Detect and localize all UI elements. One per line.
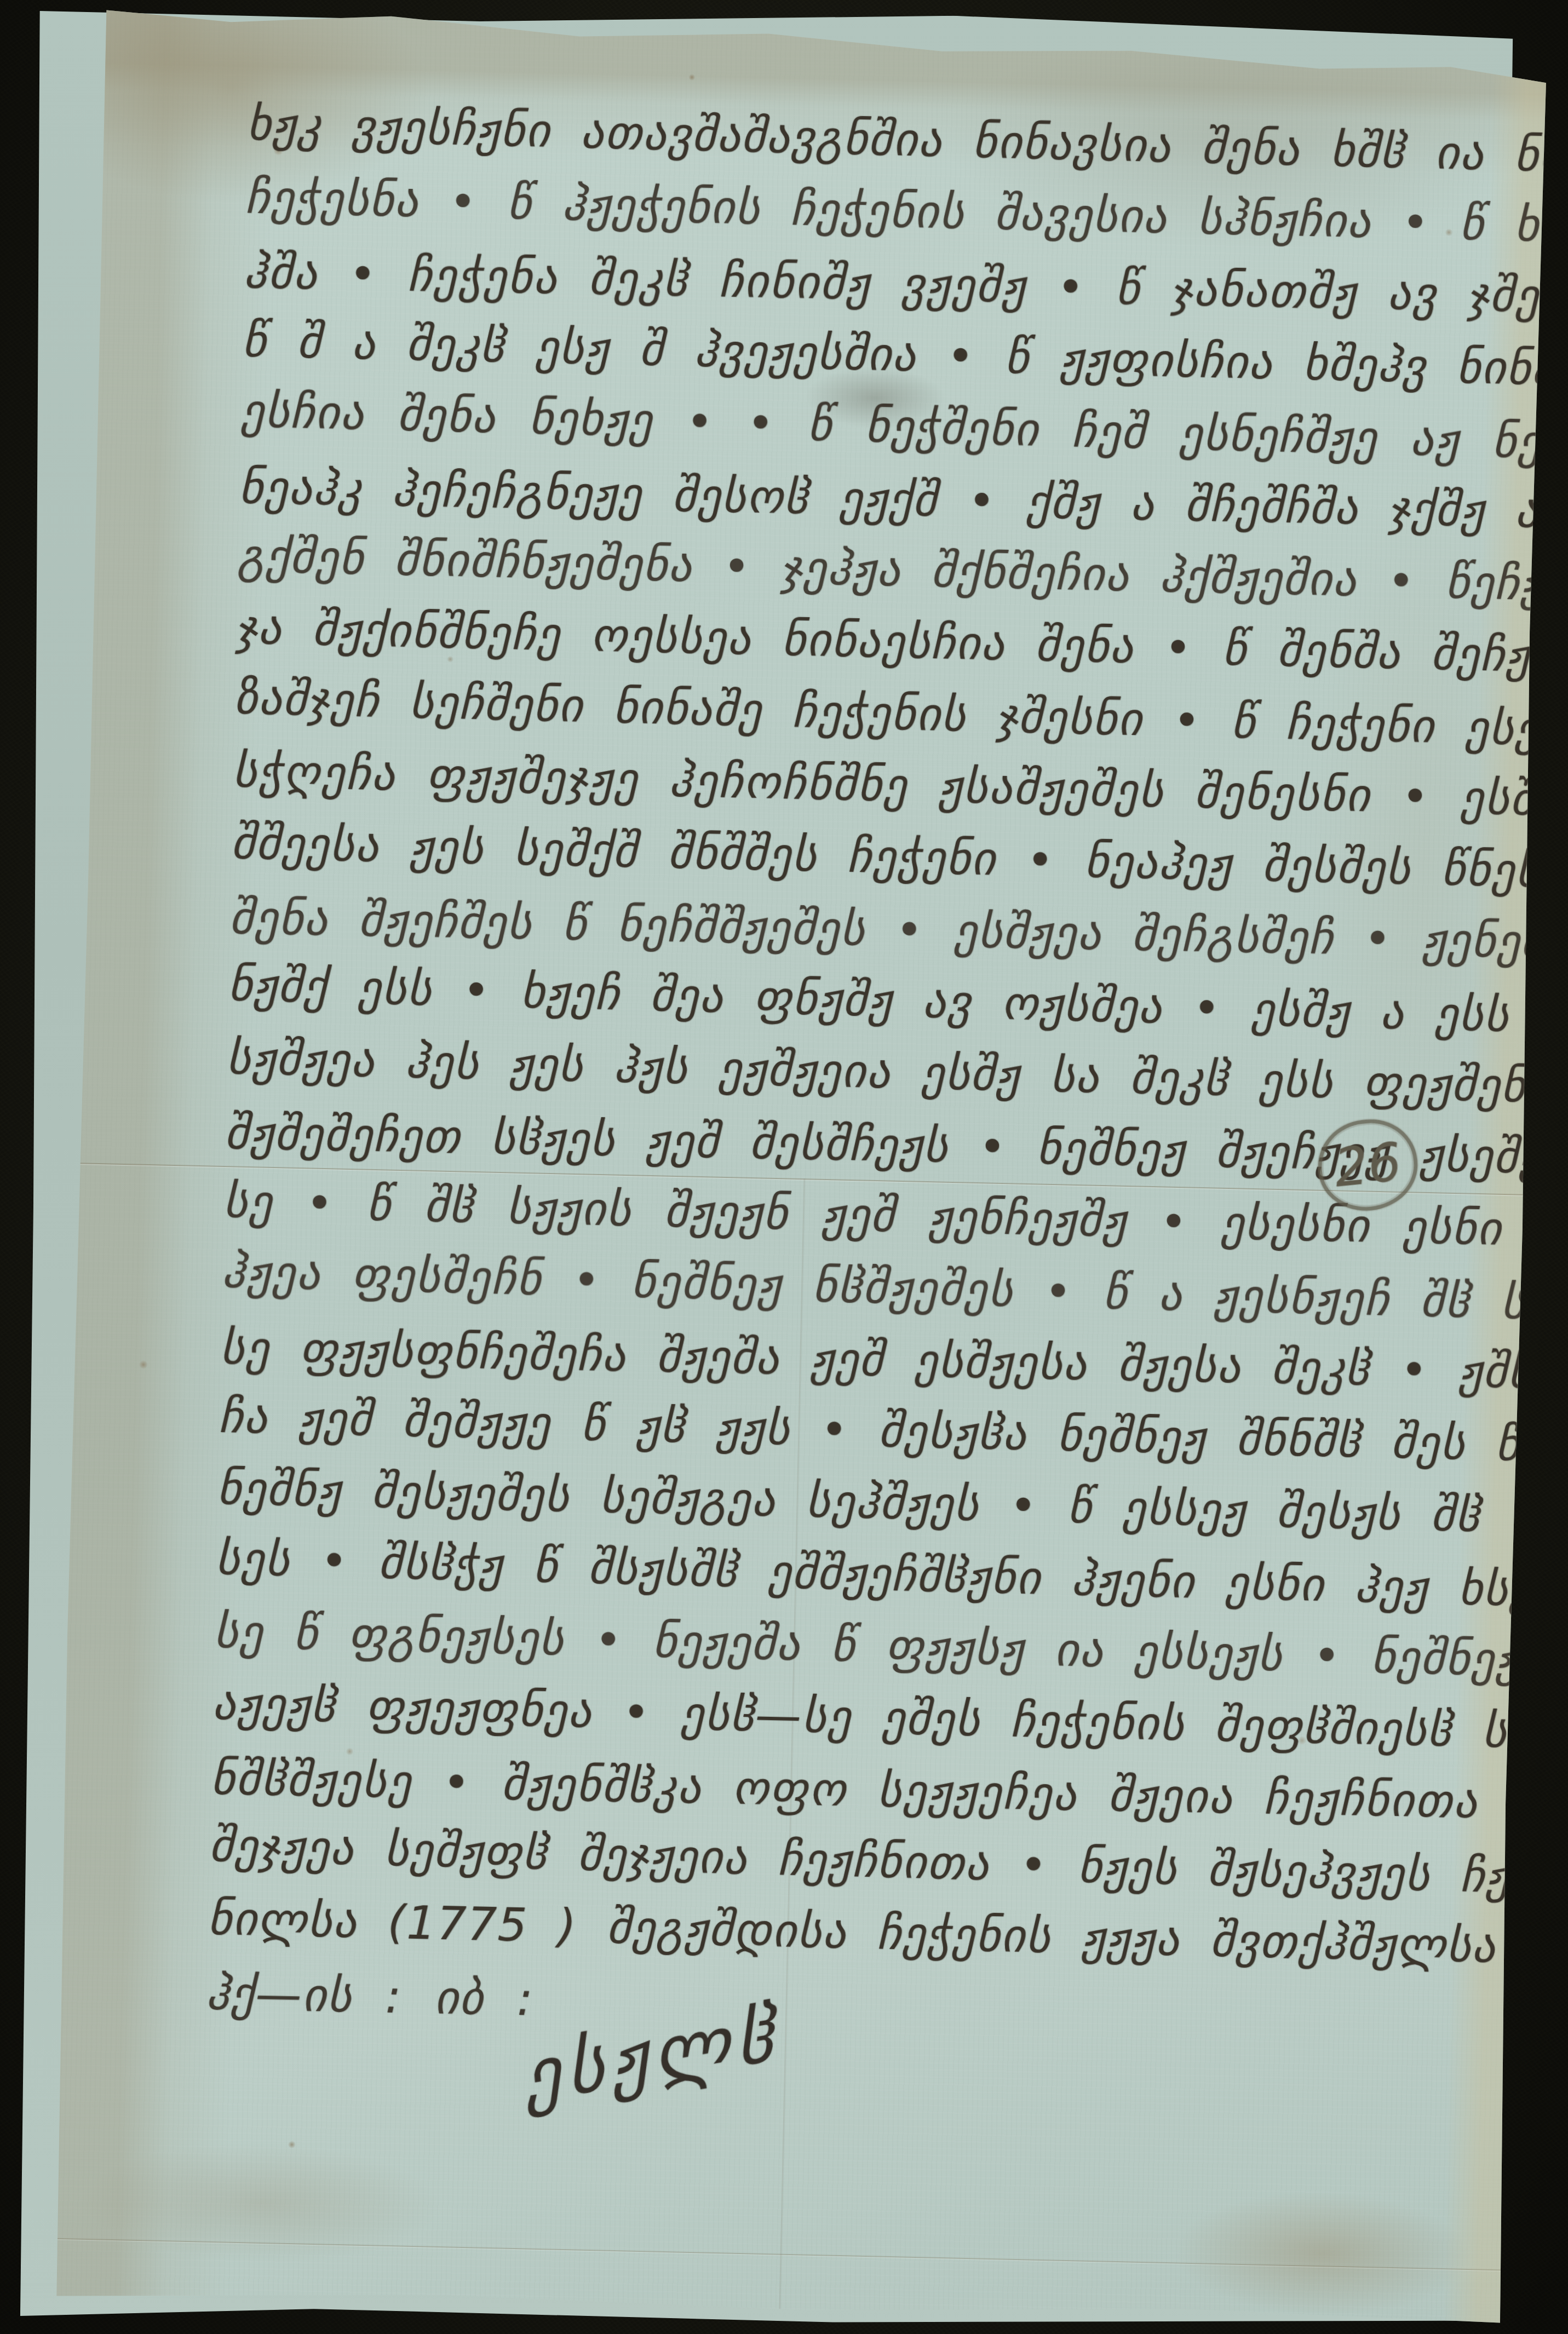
- folio-number-text: 26: [1331, 1131, 1404, 1199]
- horizontal-fold-crease-bottom: [52, 2238, 1504, 2272]
- handwritten-text-block: ხჟკ ვჟესჩჟნი ათავშაშავგნშია ნინავსია შენ…: [206, 89, 1541, 2054]
- manuscript-sheet: ხჟკ ვჟესჩჟნი ათავშაშავგნშია ნინავსია შენ…: [51, 3, 1553, 2332]
- photograph-of-manuscript: { "palette": { "backdrop": "#15150f", "p…: [0, 0, 1568, 2334]
